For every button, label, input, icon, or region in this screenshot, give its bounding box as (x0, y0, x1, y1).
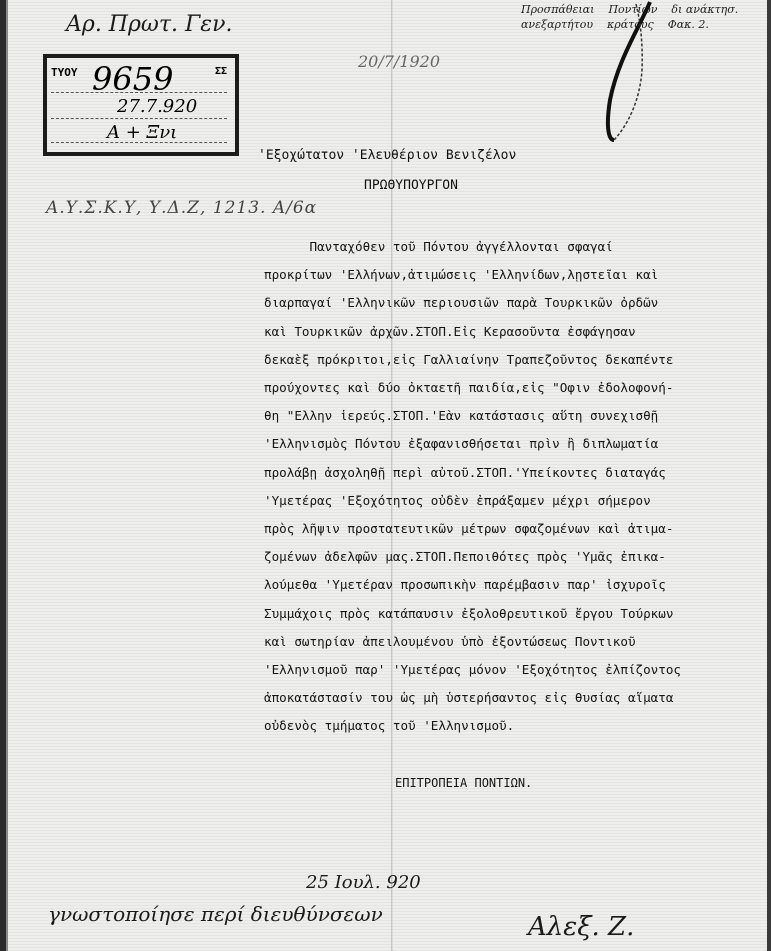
body-line: λούμεθα 'Υμετέραν προσωπικὴν παρέμβασιν … (264, 571, 734, 599)
handwritten-note: γνωστοποίησε περί διευθύνσεων (48, 902, 383, 926)
signatory: ΕΠΙΤΡΟΠΕΙΑ ΠΟΝΤΙΩΝ. (395, 776, 532, 790)
body-line: προκρίτων 'Ελλήνων,ἀτιμώσεις 'Ελληνίδων,… (264, 261, 734, 289)
body-line: οὐδενὸς τμήματος τοῦ 'Ελληνισμοῦ. (264, 712, 734, 740)
handwritten-date: 25 Ιουλ. 920 (306, 872, 421, 893)
stamp-divider (51, 142, 227, 143)
body-line: 'Ελληνισμὸς Πόντου ἐξαφανισθήσεται πρὶν … (264, 430, 734, 458)
body-line: 'Ελληνισμοῦ παρ' 'Υμετέρας μόνον 'Εξοχότ… (264, 656, 734, 684)
body-line: 'Υμετέρας 'Εξοχότητος οὐδὲν ἐπράξαμεν μέ… (264, 487, 734, 515)
body-line: προύχοντες καὶ δύο ὀκταετῆ παιδία,εἰς "Ο… (264, 374, 734, 402)
letter-body: Πανταχόθεν τοῦ Πόντου ἀγγέλλονται σφαγαί… (264, 233, 734, 741)
stamp-date: 27.7.920 (117, 96, 197, 117)
stamp-divider (51, 118, 227, 119)
body-line: δεκαὲξ πρόκριτοι,εἰς Γαλλιαίνην Τραπεζοῦ… (264, 346, 734, 374)
stamp-label: ΤΥΟΥ (51, 66, 78, 79)
handwritten-protocol-note: Αρ. Πρωτ. Γεν. (66, 12, 232, 37)
faded-date: 20/7/1920 (358, 52, 440, 71)
body-line: προλάβῃ ἀσχοληθῇ περὶ αὐτοῦ.ΣΤΟΠ.'Υπείκο… (264, 459, 734, 487)
body-line: ἀποκατάστασίν του ὡς μὴ ὑστερήσαντος εἰς… (264, 684, 734, 712)
handwritten-signature: Αλεξ. Ζ. (528, 912, 634, 942)
registry-stamp: ΤΥΟΥ 9659 ΣΣ 27.7.920 Α + Ξνι (43, 54, 239, 156)
body-line: Συμμάχοις πρὸς κατάπαυσιν ἐξολοθρευτικοῦ… (264, 600, 734, 628)
document-page: Αρ. Πρωτ. Γεν. ΤΥΟΥ 9659 ΣΣ 27.7.920 Α +… (6, 0, 771, 951)
addressee: 'Εξοχώτατον 'Ελευθέριον Βενιζέλον (258, 148, 516, 163)
initial-mark-icon (598, 0, 658, 145)
body-line: πρὸς λῆψιν προστατευτικῶν μέτρων σφαζομέ… (264, 515, 734, 543)
archive-reference: Α.Υ.Σ.Κ.Υ, Υ.Δ.Ζ, 1213. Α/6α (46, 198, 317, 218)
body-line: καὶ Τουρκικῶν ἀρχῶν.ΣΤΟΠ.Εἰς Κερασοῦντα … (264, 318, 734, 346)
stamp-label-right: ΣΣ (215, 66, 227, 77)
addressee-title: ΠΡΩΘΥΠΟΥΡΓΟΝ (364, 178, 458, 193)
stamp-code: Α + Ξνι (107, 122, 177, 143)
body-line: διαρπαγαί 'Ελληνικῶν περιουσιῶν παρὰ Του… (264, 289, 734, 317)
body-line: θη "Ελλην ἱερεύς.ΣΤΟΠ.'Εὰν κατάστασις αὕ… (264, 402, 734, 430)
stamp-divider (51, 92, 227, 93)
body-line: ζομένων ἀδελφῶν μας.ΣΤΟΠ.Πεποιθότες πρὸς… (264, 543, 734, 571)
body-line: καὶ σωτηρίαν ἀπειλουμένου ὑπὸ ἐξοντώσεως… (264, 628, 734, 656)
body-line: Πανταχόθεν τοῦ Πόντου ἀγγέλλονται σφαγαί (264, 233, 734, 261)
